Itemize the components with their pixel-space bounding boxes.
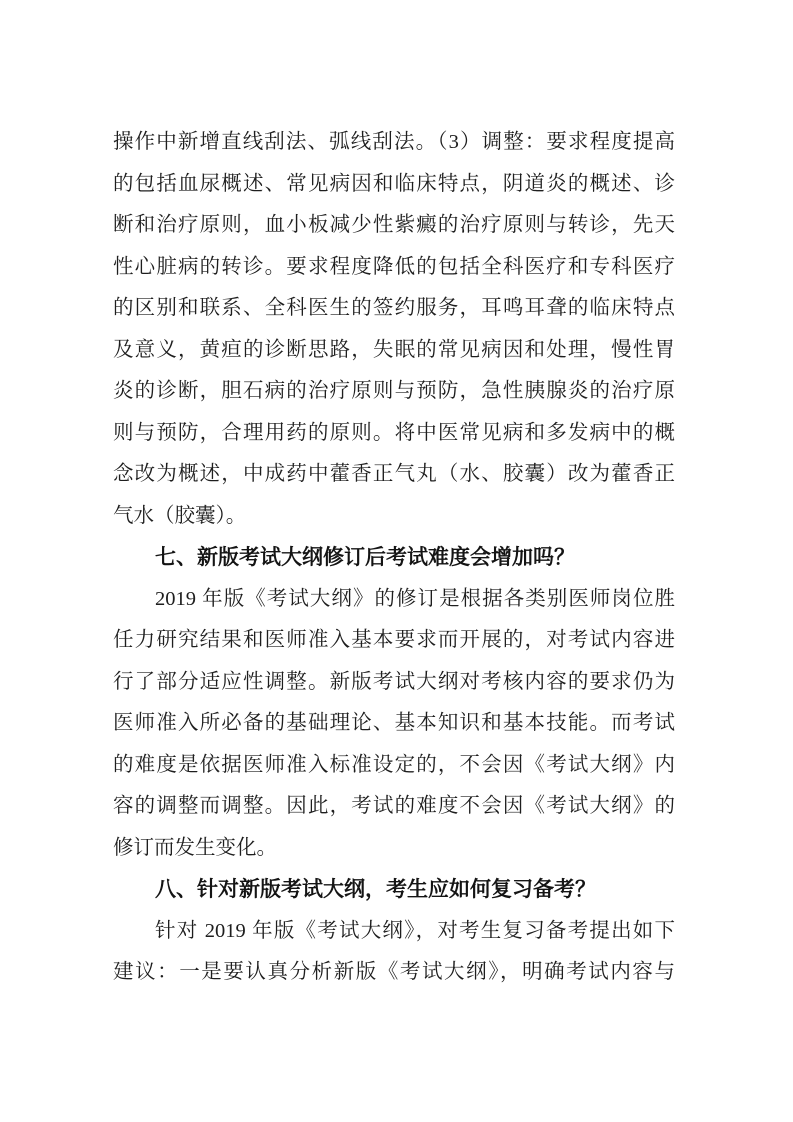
text-line: 念改为概述，中成药中藿香正气丸（水、胶囊）改为藿香正 [113, 454, 675, 496]
text-content: 操作中新增直线刮法、弧线刮法。（3）调整：要求程度提高的包括血尿概述、常见病因和… [113, 122, 675, 994]
text-line: 2019 年版《考试大纲》的修订是根据各类别医师岗位胜 [113, 579, 675, 621]
text-line: 性心脏病的转诊。要求程度降低的包括全科医疗和专科医疗 [113, 247, 675, 289]
text-line: 修订而发生变化。 [113, 828, 675, 870]
text-line: 断和治疗原则，血小板减少性紫癜的治疗原则与转诊，先天 [113, 205, 675, 247]
text-line: 任力研究结果和医师准入基本要求而开展的，对考试内容进 [113, 620, 675, 662]
text-line: 的难度是依据医师准入标准设定的，不会因《考试大纲》内 [113, 745, 675, 787]
text-line: 及意义，黄疸的诊断思路，失眠的常见病因和处理，慢性胃 [113, 330, 675, 372]
text-line: 建议：一是要认真分析新版《考试大纲》，明确考试内容与 [113, 952, 675, 994]
text-line: 医师准入所必备的基础理论、基本知识和基本技能。而考试 [113, 703, 675, 745]
text-line: 气水（胶囊）。 [113, 496, 675, 538]
document-page: 操作中新增直线刮法、弧线刮法。（3）调整：要求程度提高的包括血尿概述、常见病因和… [0, 0, 793, 1122]
text-line: 容的调整而调整。因此，考试的难度不会因《考试大纲》的 [113, 786, 675, 828]
section-heading: 七、新版考试大纲修订后考试难度会增加吗？ [113, 537, 675, 579]
text-line: 炎的诊断，胆石病的治疗原则与预防，急性胰腺炎的治疗原 [113, 371, 675, 413]
text-line: 的区别和联系、全科医生的签约服务，耳鸣耳聋的临床特点 [113, 288, 675, 330]
text-line: 则与预防，合理用药的原则。将中医常见病和多发病中的概 [113, 413, 675, 455]
text-line: 操作中新增直线刮法、弧线刮法。（3）调整：要求程度提高 [113, 122, 675, 164]
text-line: 的包括血尿概述、常见病因和临床特点，阴道炎的概述、诊 [113, 164, 675, 206]
text-line: 针对 2019 年版《考试大纲》，对考生复习备考提出如下 [113, 911, 675, 953]
section-heading: 八、针对新版考试大纲，考生应如何复习备考？ [113, 869, 675, 911]
text-line: 行了部分适应性调整。新版考试大纲对考核内容的要求仍为 [113, 662, 675, 704]
